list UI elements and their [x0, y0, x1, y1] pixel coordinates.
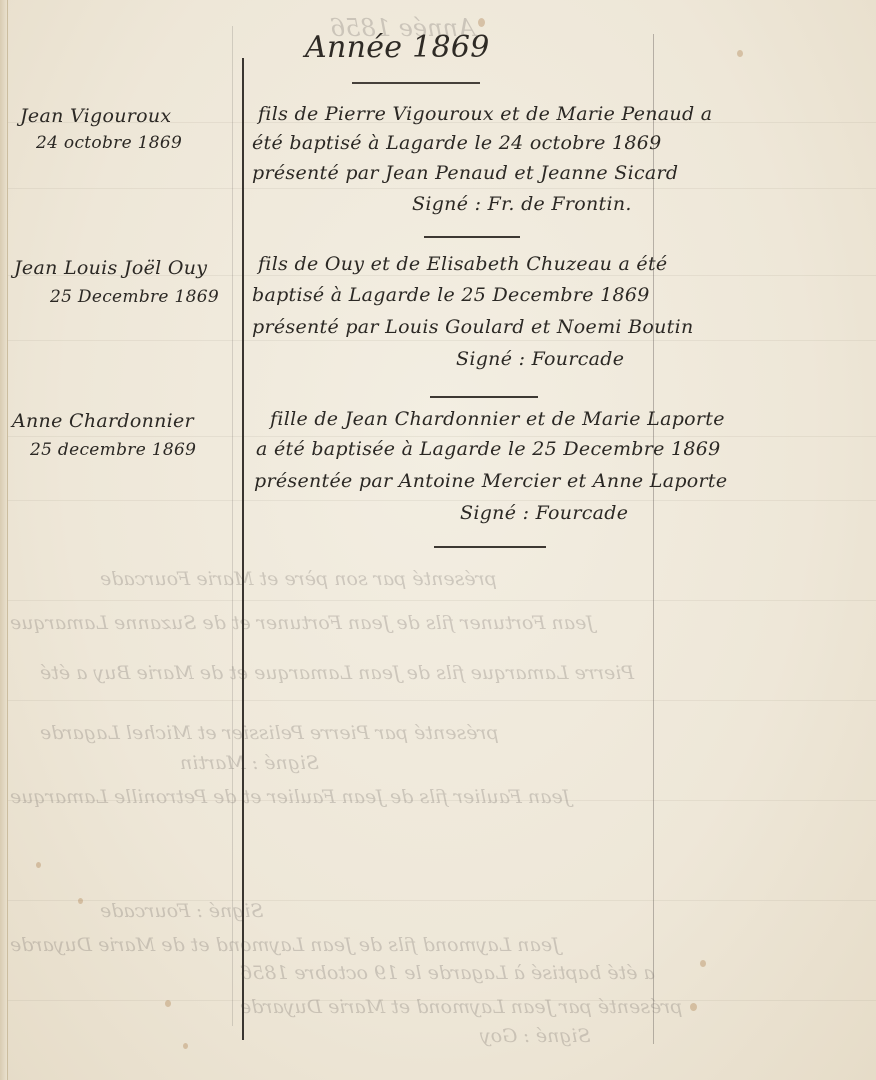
- bleed-line: Signé : Martin: [180, 752, 319, 774]
- entry-text-line: été baptisé à Lagarde le 24 octobre 1869: [252, 132, 662, 154]
- entry-date: 25 decembre 1869: [30, 440, 196, 460]
- heading-underline: [352, 82, 480, 84]
- entry-separator: [430, 396, 538, 398]
- entry-text-line: a été baptisée à Lagarde le 25 Decembre …: [256, 438, 721, 460]
- foxing-stain: [36, 862, 41, 868]
- ruled-line: [8, 436, 876, 437]
- column-divider-pencil: [653, 34, 654, 1044]
- foxing-stain: [183, 1043, 188, 1049]
- bleed-line: Signé : Fourcade: [100, 900, 264, 922]
- page-binding-edge: [0, 0, 8, 1080]
- bleed-line: Jean Laymond fils de Jean Laymond et de …: [10, 934, 560, 956]
- entry-text-line: fille de Jean Chardonnier et de Marie La…: [270, 408, 725, 430]
- ruled-line: [8, 340, 876, 341]
- entry-name: Jean Vigouroux: [20, 105, 171, 127]
- bleed-line: présenté par son père et Marie Fourcade: [100, 568, 497, 590]
- foxing-stain: [78, 898, 83, 904]
- entry-signature: Signé : Fourcade: [460, 502, 628, 524]
- entry-text-line: fils de Pierre Vigouroux et de Marie Pen…: [258, 103, 712, 125]
- entry-separator: [434, 546, 546, 548]
- bleed-line: présenté par Pierre Pelissier et Michel …: [40, 722, 499, 744]
- ruled-line: [8, 188, 876, 189]
- entry-date: 25 Decembre 1869: [50, 287, 219, 307]
- entry-text-line: fils de Ouy et de Elisabeth Chuzeau a ét…: [258, 253, 667, 275]
- bleed-line: Jean Fortuner fils de Jean Fortuner et d…: [10, 612, 594, 634]
- foxing-stain: [737, 50, 743, 57]
- entry-name: Anne Chardonnier: [12, 410, 194, 432]
- entry-text-line: présentée par Antoine Mercier et Anne La…: [254, 470, 727, 492]
- entry-text-line: présenté par Louis Goulard et Noemi Bout…: [252, 316, 694, 338]
- column-divider-ink: [242, 58, 244, 1040]
- entry-separator: [424, 236, 520, 238]
- entry-signature: Signé : Fr. de Frontin.: [412, 193, 632, 215]
- bleed-line: Jean Faulier fils de Jean Faulier et de …: [10, 786, 570, 808]
- foxing-stain: [165, 1000, 171, 1007]
- foxing-stain: [478, 18, 485, 27]
- entry-date: 24 octobre 1869: [36, 133, 182, 153]
- bleed-line: Signé : Goy: [480, 1025, 591, 1047]
- ruled-line: [8, 600, 876, 601]
- bleed-line: Pierre Lamarque fils de Jean Lamarque et…: [40, 662, 634, 684]
- margin-pencil-rule: [232, 26, 233, 1026]
- entry-signature: Signé : Fourcade: [456, 348, 624, 370]
- year-heading: Année 1869: [305, 30, 490, 65]
- foxing-stain: [700, 960, 706, 967]
- ruled-line: [8, 500, 876, 501]
- register-page: Année 1856 présenté par son père et Mari…: [0, 0, 876, 1080]
- entry-text-line: baptisé à Lagarde le 25 Decembre 1869: [252, 284, 650, 306]
- ruled-line: [8, 700, 876, 701]
- entry-text-line: présenté par Jean Penaud et Jeanne Sicar…: [252, 162, 678, 184]
- bleed-line: a été baptisé à Lagarde le 19 octobre 18…: [240, 962, 655, 984]
- entry-name: Jean Louis Joël Ouy: [14, 257, 207, 279]
- foxing-stain: [690, 1003, 697, 1011]
- bleed-line: présenté par Jean Laymond et Marie Duyar…: [240, 996, 682, 1018]
